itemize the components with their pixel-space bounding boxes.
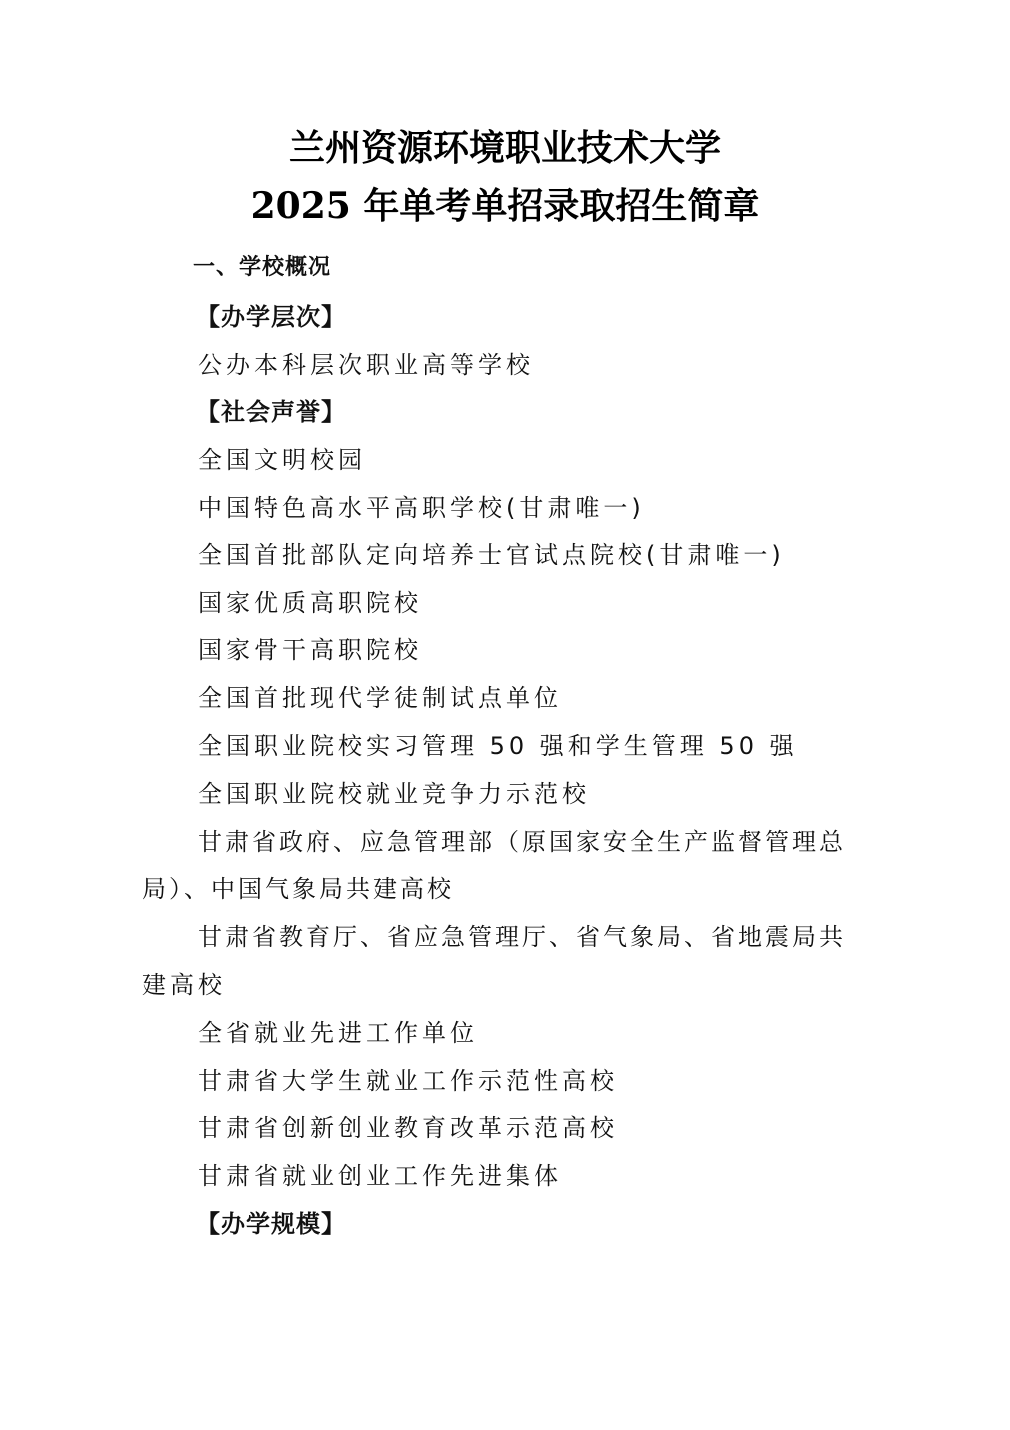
section-heading-school-overview: 一、学校概况 xyxy=(193,253,331,283)
document-title-line-1: 兰州资源环境职业技术大学 xyxy=(0,126,1010,170)
document-page: 兰州资源环境职业技术大学 2025 年单考单招录取招生简章 一、学校概况 【办学… xyxy=(0,0,1010,1430)
sub-heading-school-level: 【办学层次】 xyxy=(196,302,346,332)
reputation-item: 全国首批现代学徒制试点单位 xyxy=(198,683,562,713)
reputation-item: 全国职业院校实习管理 50 强和学生管理 50 强 xyxy=(198,731,798,761)
reputation-item: 国家优质高职院校 xyxy=(198,588,422,618)
reputation-item: 全国文明校园 xyxy=(198,445,366,475)
reputation-item-continued: 局）、中国气象局共建高校 xyxy=(142,874,454,904)
reputation-item: 甘肃省就业创业工作先进集体 xyxy=(198,1161,562,1191)
sub-heading-reputation: 【社会声誉】 xyxy=(196,397,346,427)
reputation-item: 全国职业院校就业竞争力示范校 xyxy=(198,779,590,809)
reputation-item: 国家骨干高职院校 xyxy=(198,635,422,665)
reputation-item: 全省就业先进工作单位 xyxy=(198,1018,478,1048)
reputation-item: 全国首批部队定向培养士官试点院校(甘肃唯一) xyxy=(198,540,785,570)
reputation-item-continued: 建高校 xyxy=(142,970,226,1000)
school-level-text: 公办本科层次职业高等学校 xyxy=(198,350,534,380)
reputation-item: 甘肃省教育厅、省应急管理厅、省气象局、省地震局共 xyxy=(198,922,846,952)
reputation-item: 甘肃省政府、应急管理部（原国家安全生产监督管理总 xyxy=(198,827,846,857)
reputation-item: 甘肃省大学生就业工作示范性高校 xyxy=(198,1066,618,1096)
reputation-item: 中国特色高水平高职学校(甘肃唯一) xyxy=(198,493,645,523)
document-title-line-2: 2025 年单考单招录取招生简章 xyxy=(0,184,1010,228)
reputation-item: 甘肃省创新创业教育改革示范高校 xyxy=(198,1113,618,1143)
sub-heading-scale: 【办学规模】 xyxy=(196,1209,346,1239)
